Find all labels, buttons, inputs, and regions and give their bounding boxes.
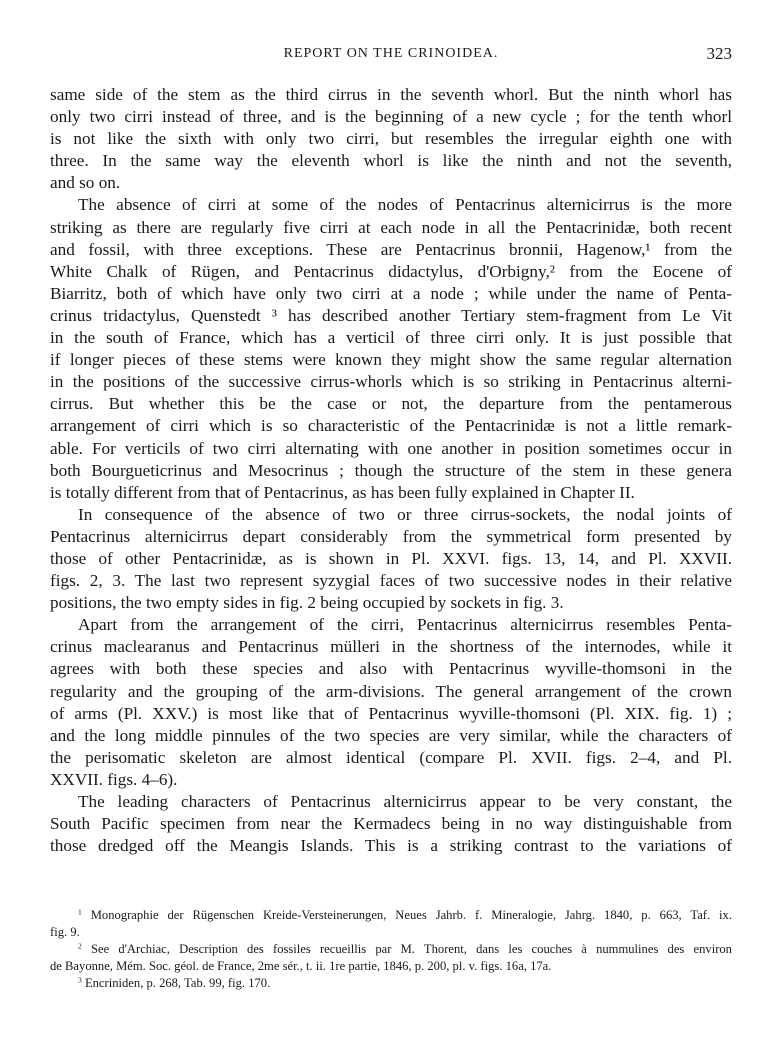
text-line: Pentacrinus alternicirrus depart conside…	[50, 526, 732, 548]
text-line: agrees with both these species and also …	[50, 658, 732, 680]
footnote-1-cont: fig. 9.	[50, 924, 732, 941]
footnote-text: See d'Archiac, Description des fossiles …	[91, 942, 732, 956]
page-number: 323	[707, 44, 733, 64]
text-line: XXVII. figs. 4–6).	[50, 769, 732, 791]
text-line: figs. 2, 3. The last two represent syzyg…	[50, 570, 732, 592]
text-line: cirrus. But whether this be the case or …	[50, 393, 732, 415]
body-text: same side of the stem as the third cirru…	[50, 84, 732, 857]
text-line: Apart from the arrangement of the cirri,…	[50, 614, 732, 636]
text-line: White Chalk of Rügen, and Pentacrinus di…	[50, 261, 732, 283]
text-line: only two cirri instead of three, and is …	[50, 106, 732, 128]
text-line: is not like the sixth with only two cirr…	[50, 128, 732, 150]
text-line: crinus tridactylus, Quenstedt ³ has desc…	[50, 305, 732, 327]
running-head: REPORT ON THE CRINOIDEA. 323	[50, 44, 732, 66]
footnote-text: Monographie der Rügenschen Kreide-Verste…	[91, 908, 732, 922]
text-line: and fossil, with three exceptions. These…	[50, 239, 732, 261]
text-line: able. For verticils of two cirri alterna…	[50, 438, 732, 460]
footnotes: 1 Monographie der Rügenschen Kreide-Vers…	[50, 907, 732, 992]
footnote-2: 2 See d'Archiac, Description des fossile…	[50, 941, 732, 958]
running-title: REPORT ON THE CRINOIDEA.	[50, 46, 732, 62]
footnote-marker: 1	[78, 907, 82, 916]
text-line: if longer pieces of these stems were kno…	[50, 349, 732, 371]
text-line: and so on.	[50, 172, 732, 194]
text-line: in the positions of the successive cirru…	[50, 371, 732, 393]
footnote-1: 1 Monographie der Rügenschen Kreide-Vers…	[50, 907, 732, 924]
text-line: the perisomatic skeleton are almost iden…	[50, 747, 732, 769]
text-line: same side of the stem as the third cirru…	[50, 84, 732, 106]
text-line: is totally different from that of Pentac…	[50, 482, 732, 504]
footnote-marker: 3	[78, 975, 82, 984]
text-line: regularity and the grouping of the arm-d…	[50, 681, 732, 703]
text-line: of arms (Pl. XXV.) is most like that of …	[50, 703, 732, 725]
footnote-3: 3 Encriniden, p. 268, Tab. 99, fig. 170.	[50, 975, 732, 992]
text-line: Biarritz, both of which have only two ci…	[50, 283, 732, 305]
text-line: The leading characters of Pentacrinus al…	[50, 791, 732, 813]
text-line: in the south of France, which has a vert…	[50, 327, 732, 349]
text-line: arrangement of cirri which is so charact…	[50, 415, 732, 437]
footnote-text: Encriniden, p. 268, Tab. 99, fig. 170.	[85, 976, 270, 990]
text-line: crinus maclearanus and Pentacrinus mülle…	[50, 636, 732, 658]
text-line: In consequence of the absence of two or …	[50, 504, 732, 526]
text-line: and the long middle pinnules of the two …	[50, 725, 732, 747]
text-line: three. In the same way the eleventh whor…	[50, 150, 732, 172]
footnote-marker: 2	[78, 941, 82, 950]
footnote-2-cont: de Bayonne, Mém. Soc. géol. de France, 2…	[50, 958, 732, 975]
text-line: those of other Pentacrinidæ, as is shown…	[50, 548, 732, 570]
text-line: those dredged off the Meangis Islands. T…	[50, 835, 732, 857]
text-line: The absence of cirri at some of the node…	[50, 194, 732, 216]
text-line: striking as there are regularly five cir…	[50, 217, 732, 239]
text-line: both Bourgueticrinus and Mesocrinus ; th…	[50, 460, 732, 482]
document-page: REPORT ON THE CRINOIDEA. 323 same side o…	[0, 0, 776, 1050]
text-line: positions, the two empty sides in fig. 2…	[50, 592, 732, 614]
text-line: South Pacific specimen from near the Ker…	[50, 813, 732, 835]
